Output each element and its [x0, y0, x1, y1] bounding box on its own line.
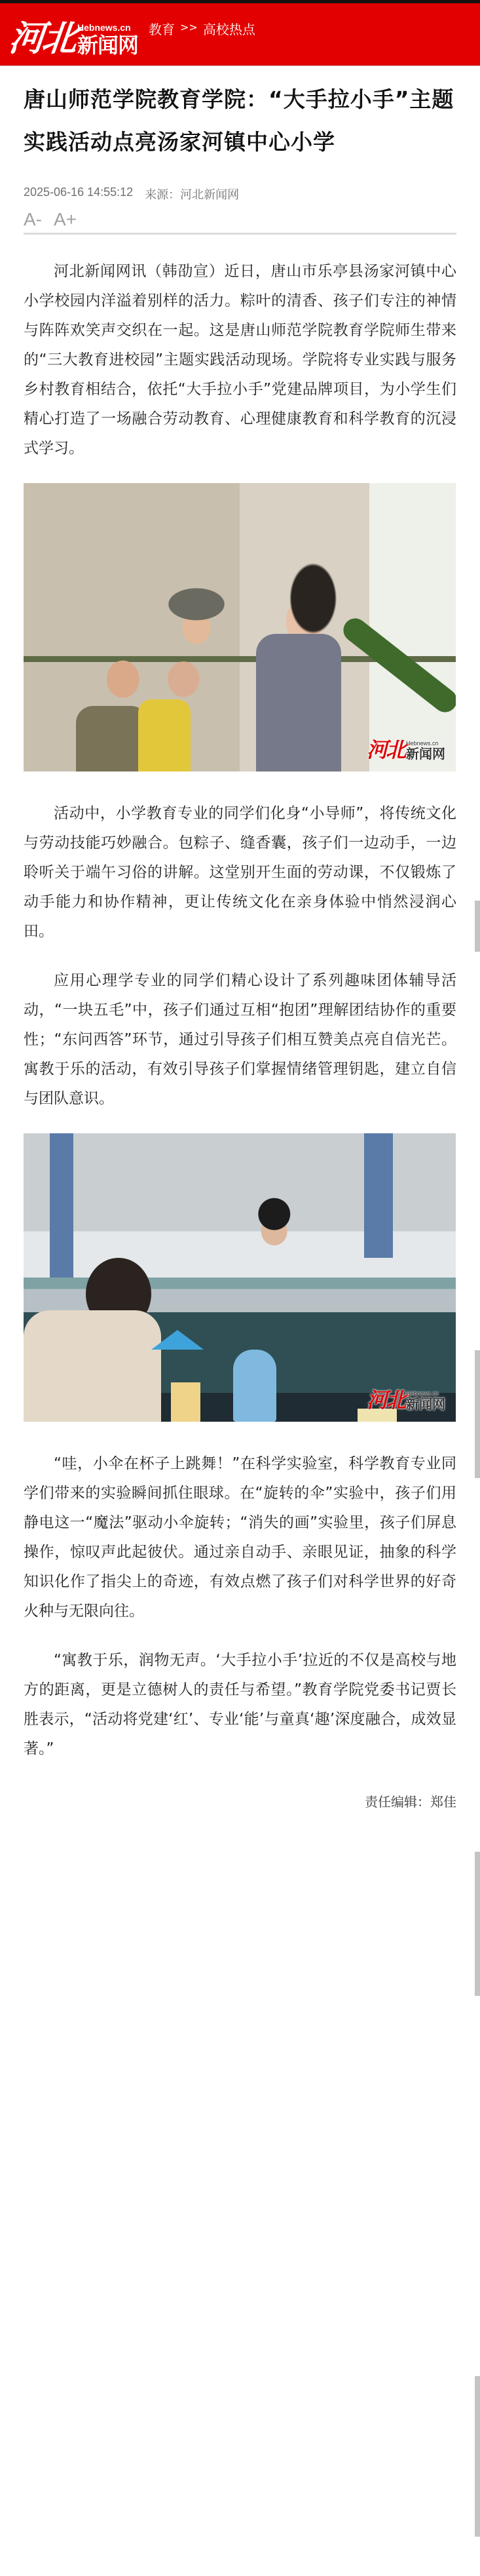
- logo-script: 河北: [7, 18, 77, 58]
- photo-detail: [339, 614, 456, 717]
- photo-detail: [24, 1310, 161, 1422]
- responsible-editor: 责任编辑：郑佳: [24, 1791, 456, 1889]
- article-meta: 2025-06-16 14:55:12 来源：河北新闻网: [24, 185, 456, 203]
- watermark-text: Hebnews.cn 新闻网: [406, 740, 445, 761]
- scrollbar-thumb[interactable]: [475, 2376, 480, 2537]
- site-header: 河北 Hebnews.cn 新闻网 教育 >> 高校热点: [0, 3, 480, 66]
- photo-detail: [233, 1350, 276, 1422]
- article-source: 来源：河北新闻网: [145, 185, 239, 203]
- paragraph: “哇，小伞在杯子上跳舞！”在科学实验室，科学教育专业同学们带来的实验瞬间抓住眼球…: [24, 1449, 456, 1626]
- watermark-script: 河北: [367, 739, 405, 761]
- breadcrumb-separator: >>: [180, 19, 198, 38]
- header-divider: [24, 233, 456, 235]
- photo-science-experiment: 河北 Hebnews.cn 新闻网: [24, 1133, 456, 1422]
- breadcrumb: 教育 >> 高校热点: [149, 19, 255, 38]
- photo-zongzi-activity: 河北 Hebnews.cn 新闻网: [24, 483, 456, 771]
- article: 唐山师范学院教育学院：“大手拉小手”主题实践活动点亮汤家河镇中心小学 2025-…: [0, 78, 480, 1889]
- photo-watermark: 河北 Hebnews.cn 新闻网: [367, 739, 445, 761]
- logo-text: Hebnews.cn 新闻网: [77, 22, 138, 58]
- photo-detail: [76, 706, 148, 771]
- font-size-controls: A- A+: [24, 209, 456, 230]
- scrollbar-thumb[interactable]: [475, 1852, 480, 1996]
- scrollbar-thumb[interactable]: [475, 901, 480, 952]
- photo-detail: [50, 1133, 73, 1278]
- font-increase-button[interactable]: A+: [54, 209, 77, 230]
- article-body: 河北新闻网讯（韩劭宣）近日，唐山市乐亭县汤家河镇中心小学校园内洋溢着别样的活力。…: [24, 257, 456, 1764]
- photo-detail: [171, 1382, 200, 1422]
- site-logo[interactable]: 河北 Hebnews.cn 新闻网: [9, 12, 138, 58]
- article-title: 唐山师范学院教育学院：“大手拉小手”主题实践活动点亮汤家河镇中心小学: [24, 78, 456, 163]
- font-decrease-button[interactable]: A-: [24, 209, 42, 230]
- logo-name: 新闻网: [77, 33, 138, 58]
- paragraph: “寓教于乐，润物无声。‘大手拉小手’拉近的不仅是高校与地方的距离，更是立德树人的…: [24, 1646, 456, 1764]
- watermark-name: 新闻网: [406, 1397, 445, 1411]
- photo-detail: [364, 1133, 393, 1258]
- watermark-text: Hebnews.cn 新闻网: [406, 1390, 445, 1411]
- photo-detail: [151, 1330, 204, 1350]
- paragraph: 应用心理学专业的同学们精心设计了系列趣味团体辅导活动，“一块五毛”中，孩子们通过…: [24, 966, 456, 1114]
- logo-domain: Hebnews.cn: [77, 22, 131, 33]
- watermark-script: 河北: [367, 1389, 405, 1411]
- paragraph: 河北新闻网讯（韩劭宣）近日，唐山市乐亭县汤家河镇中心小学校园内洋溢着别样的活力。…: [24, 257, 456, 463]
- photo-watermark: 河北 Hebnews.cn 新闻网: [367, 1389, 445, 1411]
- watermark-name: 新闻网: [406, 747, 445, 761]
- scrollbar-thumb[interactable]: [475, 1350, 480, 1478]
- photo-detail: [256, 634, 341, 771]
- breadcrumb-item-education[interactable]: 教育: [149, 19, 175, 38]
- breadcrumb-item-campus-news[interactable]: 高校热点: [203, 19, 255, 38]
- paragraph: 活动中，小学教育专业的同学们化身“小导师”，将传统文化与劳动技能巧妙融合。包粽子…: [24, 799, 456, 946]
- photo-detail: [138, 699, 191, 771]
- publish-datetime: 2025-06-16 14:55:12: [24, 185, 133, 203]
